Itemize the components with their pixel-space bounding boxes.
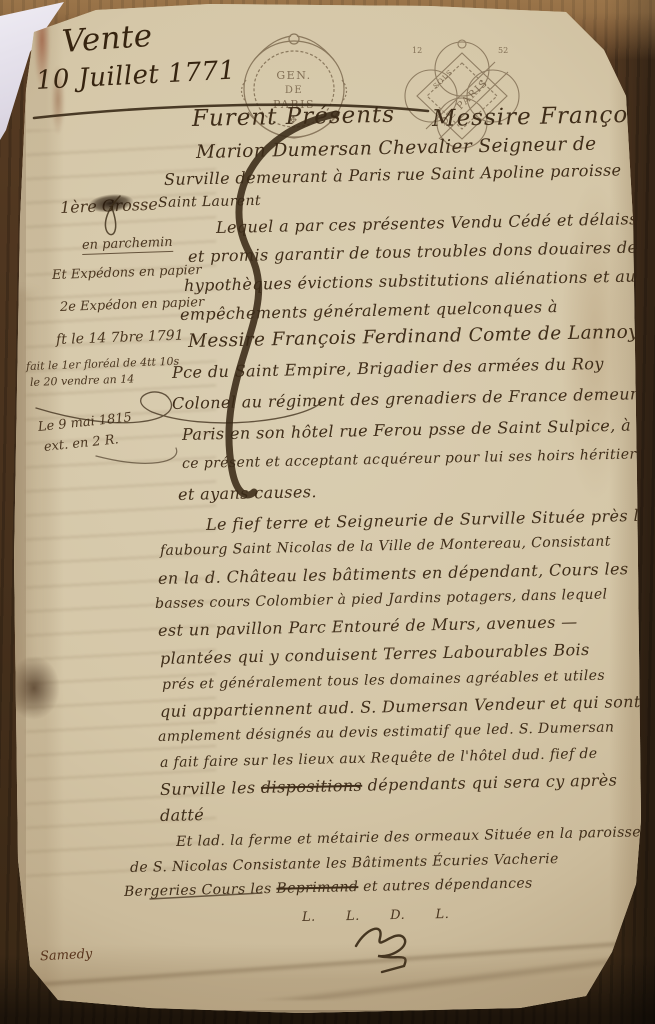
body-line: Le fief terre et Seigneurie de Surville … [206, 506, 649, 534]
body-line: datté [160, 805, 204, 825]
body-line: Furent Présents [192, 102, 396, 132]
body-line: qui appartiennent aud. S. Dumersan Vende… [160, 692, 641, 721]
margin-note-parchemin: en parchemin [82, 235, 173, 255]
body-line: de S. Nicolas Consistante les Bâtiments … [130, 851, 559, 876]
body-line: et ayans causes. [178, 482, 317, 504]
body-line: Et lad. la ferme et métairie des ormeaux… [176, 824, 641, 850]
strikethrough-word: dispositions [261, 776, 363, 797]
body-line-strike: Bergeries Cours les Beprimand et autres … [124, 875, 533, 900]
margin-note-vendemiaire: le 20 vendre an 14 [30, 372, 135, 389]
body-line: Pce du Saint Empire, Brigadier des armée… [172, 354, 604, 382]
doc-date: 10 Juillet 1771 [35, 56, 236, 96]
paraph-flourish [356, 929, 406, 972]
margin-note-1791: ft le 14 7bre 1791 [56, 328, 184, 348]
body-line: prés et généralement tous les domaines a… [162, 668, 605, 693]
margin-note-grosse: 1ère Grosse [60, 195, 158, 217]
body-line: amplement désignés au devis estimatif qu… [158, 719, 615, 745]
body-line: Messire François [432, 101, 650, 132]
body-line: basses cours Colombier à pied Jardins po… [155, 587, 608, 612]
body-line: a fait faire sur les lieux aux Requête d… [160, 746, 598, 771]
body-line: hypothèques évictions substitutions alié… [184, 266, 655, 295]
manuscript-page: GEN. DE PARIS ✥ DE PARIS SOLS 12 52 Vent… [0, 0, 655, 1024]
margin-note-expedition: Et Expédons en papier [52, 263, 202, 283]
body-line: Marion Dumersan Chevalier Seigneur de [196, 134, 597, 163]
body-line: Lequel a par ces présentes Vendu Cédé et… [216, 209, 648, 237]
body-line: plantées qui y conduisent Terres Laboura… [160, 640, 590, 668]
margin-note-floreal: fait le 1er floréal de 4tt 10s [26, 355, 180, 373]
body-line: Colonel au régiment des grenadiers de Fr… [172, 383, 655, 413]
body-line-strike: Surville les dispositions dépendants qui… [160, 770, 618, 799]
ink-layer: Vente 10 Juillet 1771 1ère Grosse en par… [0, 0, 655, 1024]
margin-note-ext: ext. en 2 R. [43, 432, 119, 455]
strikethrough-word: Beprimand [276, 879, 358, 897]
doc-title: Vente [61, 18, 154, 60]
body-line: ce présent et acceptant acquéreur pour l… [182, 446, 644, 472]
body-line: et promis garantir de tous troubles dons… [188, 237, 655, 266]
body-line: Paris en son hôtel rue Ferou psse de Sai… [182, 416, 632, 444]
body-line: empêchements généralement quelconques à [180, 297, 558, 324]
footer-initial-marks: L. L. D. L. [302, 907, 449, 925]
margin-note-1815: Le 9 mai 1815 [37, 410, 132, 435]
body-line: Saint Laurent [158, 193, 261, 211]
body-line: faubourg Saint Nicolas de la Ville de Mo… [160, 534, 611, 559]
corner-note: Samedy [40, 947, 93, 965]
body-line: Surville demeurant à Paris rue Saint Apo… [164, 160, 622, 189]
body-line: Messire François Ferdinand Comte de Lann… [188, 322, 639, 352]
body-line: en la d. Château les bâtiments en dépend… [158, 559, 629, 588]
body-line: est un pavillon Parc Entouré de Murs, av… [158, 612, 578, 640]
